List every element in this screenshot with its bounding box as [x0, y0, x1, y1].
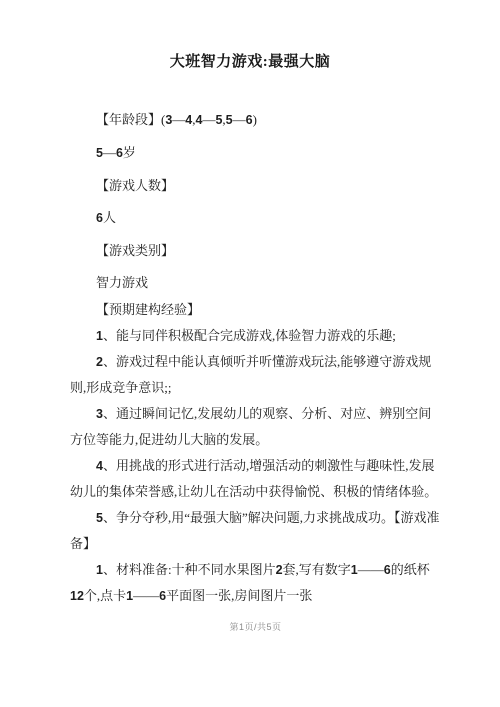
body-paragraph-4: 4、用挑战的形式进行活动,增强活动的刺激性与趣味性,发展幼儿的集体荣誉感,让幼儿…	[70, 453, 441, 505]
meta-line-players: 【游戏人数】	[70, 172, 441, 199]
meta-line-category-value: 智力游戏	[70, 269, 441, 296]
body-paragraph-1: 1、能与同伴积极配合完成游戏,体验智力游戏的乐趣;	[70, 323, 441, 349]
body-paragraph-5: 5、争分夺秒,用“最强大脑”解决问题,力求挑战成功。【游戏准备】	[70, 505, 441, 557]
meta-line-category: 【游戏类别】	[70, 237, 441, 264]
meta-line-expected-experience: 【预期建构经验】	[70, 296, 441, 323]
document-page: 大班智力游戏:最强大脑 【年龄段】(3—4,4—5,5—6) 5—6岁 【游戏人…	[0, 0, 500, 707]
body-section: 1、能与同伴积极配合完成游戏,体验智力游戏的乐趣; 2、游戏过程中能认真倾听并听…	[70, 323, 441, 609]
body-paragraph-6: 1、材料准备:十种不同水果图片2套,写有数字1——6的纸杯12个,点卡1——6平…	[70, 557, 441, 609]
meta-section: 【年龄段】(3—4,4—5,5—6) 5—6岁 【游戏人数】 6人 【游戏类别】…	[70, 106, 441, 323]
body-paragraph-3: 3、通过瞬间记忆,发展幼儿的观察、分析、对应、辨别空间方位等能力,促进幼儿大脑的…	[70, 401, 441, 453]
meta-line-age-range: 【年龄段】(3—4,4—5,5—6)	[70, 106, 441, 134]
meta-line-age-value: 5—6岁	[70, 139, 441, 167]
meta-line-players-value: 6人	[70, 204, 441, 232]
page-number-indicator: 第1页/共5页	[229, 622, 281, 632]
body-paragraph-2: 2、游戏过程中能认真倾听并听懂游戏玩法,能够遵守游戏规则,形成竞争意识;;	[70, 349, 441, 401]
document-content: 【年龄段】(3—4,4—5,5—6) 5—6岁 【游戏人数】 6人 【游戏类别】…	[0, 76, 500, 633]
page-footer: 第1页/共5页	[70, 621, 441, 633]
document-title: 大班智力游戏:最强大脑	[0, 0, 500, 76]
